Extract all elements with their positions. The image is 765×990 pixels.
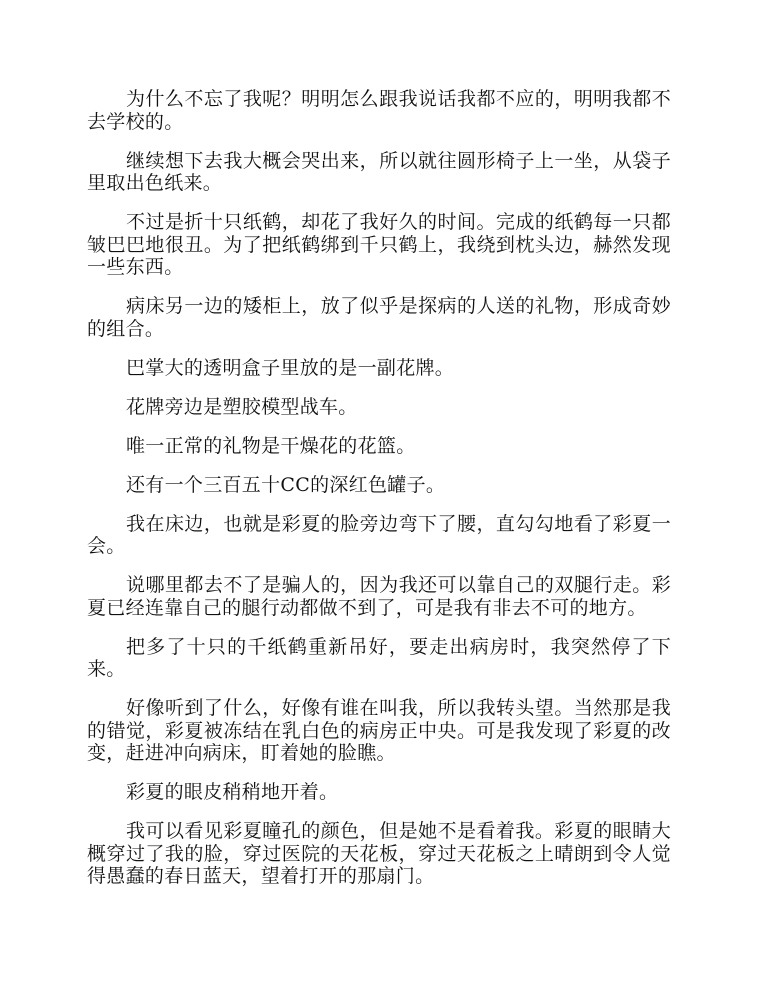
paragraph-6: 花牌旁边是塑胶模型战车。 [87,396,671,419]
paragraph-11: 把多了十只的千纸鹤重新吊好，要走出病房时，我突然停了下来。 [87,636,671,681]
paragraph-7: 唯一正常的礼物是干燥花的花篮。 [87,435,671,458]
paragraph-4: 病床另一边的矮柜上，放了似乎是探病的人送的礼物，形成奇妙的组合。 [87,295,671,340]
paragraph-1: 为什么不忘了我呢？明明怎么跟我说话我都不应的，明明我都不去学校的。 [87,88,671,133]
document-page: 为什么不忘了我呢？明明怎么跟我说话我都不应的，明明我都不去学校的。 继续想下去我… [87,88,671,904]
paragraph-10: 说哪里都去不了是骗人的，因为我还可以靠自己的双腿行走。彩夏已经连靠自己的腿行动都… [87,574,671,619]
paragraph-3: 不过是折十只纸鹤，却花了我好久的时间。完成的纸鹤每一只都皱巴巴地很丑。为了把纸鹤… [87,211,671,279]
paragraph-8: 还有一个三百五十CC的深红色罐子。 [87,474,671,497]
paragraph-9: 我在床边，也就是彩夏的脸旁边弯下了腰，直勾勾地看了彩夏一会。 [87,513,671,558]
paragraph-13: 彩夏的眼皮稍稍地开着。 [87,781,671,804]
paragraph-5: 巴掌大的透明盒子里放的是一副花牌。 [87,357,671,380]
paragraph-2: 继续想下去我大概会哭出来，所以就往圆形椅子上一坐，从袋子里取出色纸来。 [87,150,671,195]
paragraph-12: 好像听到了什么，好像有谁在叫我，所以我转头望。当然那是我的错觉，彩夏被冻结在乳白… [87,697,671,765]
paragraph-14: 我可以看见彩夏瞳孔的颜色，但是她不是看着我。彩夏的眼睛大概穿过了我的脸，穿过医院… [87,820,671,888]
